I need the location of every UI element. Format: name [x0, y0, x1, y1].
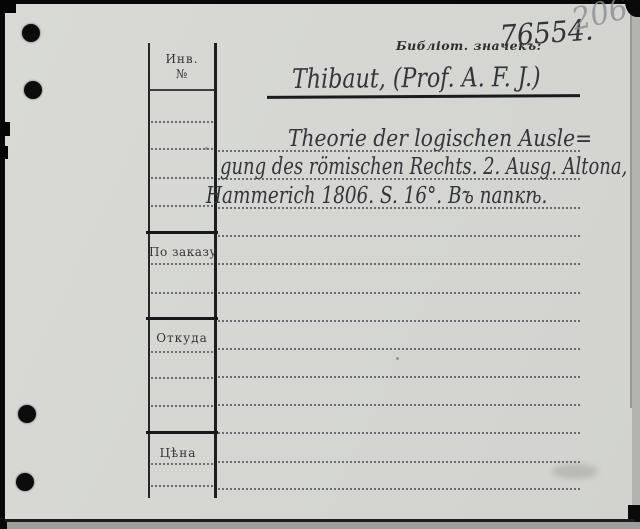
ruled-line [218, 488, 580, 490]
inventory-column-header-rule [150, 89, 214, 91]
section-label-tsena: Цѣна [145, 446, 211, 460]
ruled-line [218, 150, 580, 152]
ruled-line [151, 263, 213, 265]
ruled-line [151, 177, 213, 179]
section-label-otkuda: Откуда [149, 331, 215, 345]
title-line-3-handwritten: Hammerich 1806. S. 16°. Въ папкѣ. [206, 185, 547, 208]
section-divider [146, 231, 218, 234]
paper-speck [396, 357, 399, 360]
ruled-line [151, 463, 213, 465]
paper-smudge [552, 464, 598, 479]
ruled-line [151, 148, 213, 150]
ruled-line [218, 348, 580, 350]
section-divider [146, 317, 218, 320]
punch-hole [24, 81, 42, 99]
ruled-line [218, 432, 580, 434]
title-line-2-handwritten: gung des römischen Rechts. 2. Ausg. Alto… [220, 156, 627, 179]
inventory-header-line1: Инв. [149, 52, 215, 66]
ruled-line [218, 207, 580, 209]
ruled-line [151, 377, 213, 379]
ruled-line [218, 404, 580, 406]
ruled-line [151, 485, 213, 487]
section-divider [146, 431, 218, 434]
scan-edge-artifact [0, 146, 8, 159]
scanned-catalog-card-photo: { "card": { "corner_pencil_number": "206… [0, 0, 640, 529]
scan-edge-artifact [0, 122, 10, 136]
ruled-line [218, 178, 580, 180]
title-line-1-handwritten: Theorie der logischen Ausle= [288, 128, 592, 151]
punch-hole [22, 24, 40, 42]
ruled-line [218, 376, 580, 378]
scan-bottom-margin [7, 522, 640, 529]
punch-hole [18, 405, 36, 423]
ruled-line [218, 263, 580, 265]
scan-right-margin [632, 14, 640, 506]
ruled-line [218, 235, 580, 237]
author-heading-handwritten: Thibaut, (Prof. A. F. J.) [292, 64, 541, 93]
punch-hole [16, 473, 34, 491]
section-label-po-zakazu: По заказу [149, 245, 215, 259]
ruled-line [218, 292, 580, 294]
inventory-column-left-border [148, 43, 150, 498]
scan-edge-artifact [0, 0, 16, 13]
ruled-line [151, 405, 213, 407]
ruled-line [151, 292, 213, 294]
inventory-column-right-border [214, 43, 217, 498]
ruled-line [218, 461, 580, 463]
ruled-line [218, 320, 580, 322]
ruled-line [151, 205, 213, 207]
paper-speck [205, 147, 208, 150]
ruled-line [151, 351, 213, 353]
ruled-line [151, 121, 213, 123]
inventory-header-line2: № [149, 67, 215, 81]
card-right-edge-shadow [630, 8, 632, 408]
